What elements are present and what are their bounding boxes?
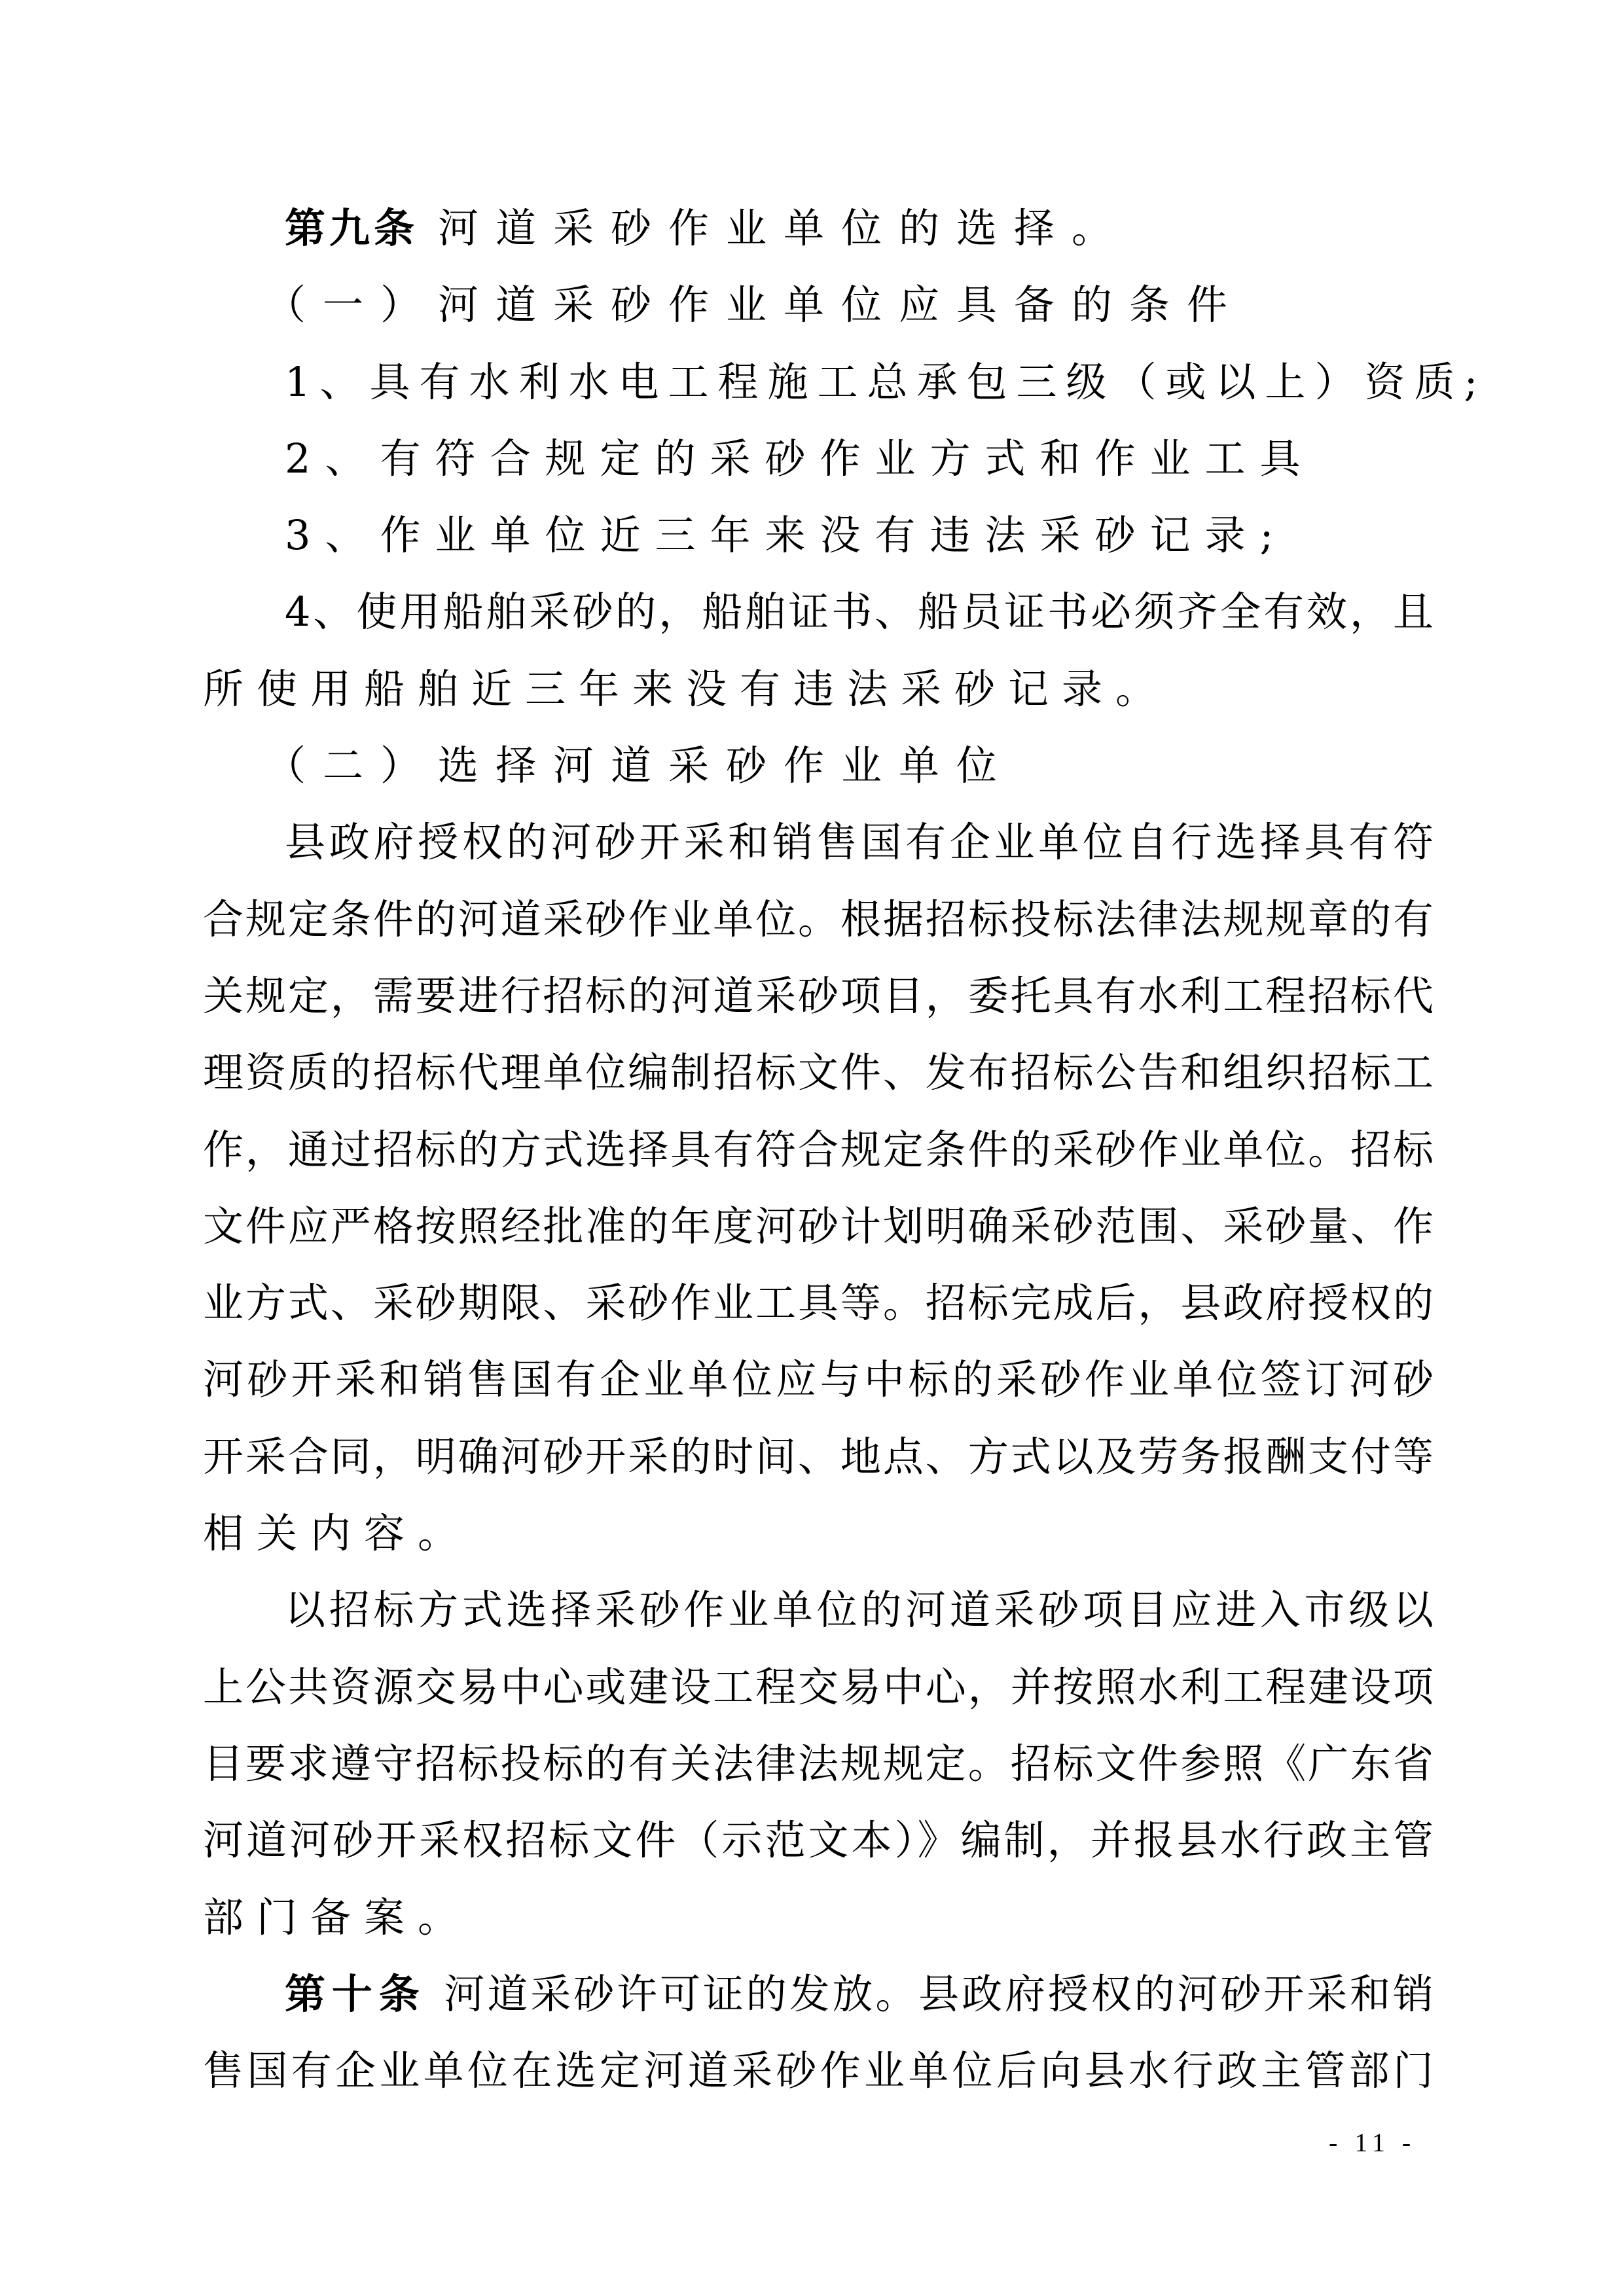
section-2-title: （二）选择河道采砂作业单位 bbox=[203, 727, 1434, 804]
paragraph-line: 理资质的招标代理单位编制招标文件、发布招标公告和组织招标工 bbox=[203, 1034, 1434, 1111]
condition-item-3: 3、作业单位近三年来没有违法采砂记录; bbox=[203, 497, 1434, 573]
page-number: - 11 - bbox=[1329, 2127, 1416, 2158]
section-1-title: （一）河道采砂作业单位应具备的条件 bbox=[203, 266, 1434, 343]
paragraph-line: 文件应严格按照经批准的年度河砂计划明确采砂范围、采砂量、作 bbox=[203, 1188, 1434, 1265]
paragraph-line: 县政府授权的河砂开采和销售国有企业单位自行选择具有符 bbox=[203, 804, 1434, 880]
article-10-heading: 第十条河道采砂许可证的发放。县政府授权的河砂开采和销 bbox=[203, 1956, 1434, 2032]
article-9-title: 河道采砂作业单位的选择。 bbox=[438, 204, 1129, 252]
condition-item-4: 4、使用船舶采砂的，船舶证书、船员证书必须齐全有效，且 bbox=[203, 573, 1434, 650]
paragraph-line: 合规定条件的河道采砂作业单位。根据招标投标法律法规规章的有 bbox=[203, 881, 1434, 958]
document-page: 第九条河道采砂作业单位的选择。 （一）河道采砂作业单位应具备的条件 1、具有水利… bbox=[203, 190, 1434, 2109]
article-10-text: 河道采砂许可证的发放。县政府授权的河砂开采和销 bbox=[442, 1970, 1434, 2018]
section-2-paragraph-1: 县政府授权的河砂开采和销售国有企业单位自行选择具有符 合规定条件的河道采砂作业单… bbox=[203, 804, 1434, 1571]
article-9-heading: 第九条河道采砂作业单位的选择。 bbox=[203, 190, 1434, 266]
paragraph-line: 开采合同，明确河砂开采的时间、地点、方式以及劳务报酬支付等 bbox=[203, 1418, 1434, 1495]
paragraph-line: 相关内容。 bbox=[203, 1495, 1434, 1571]
paragraph-line: 河道河砂开采权招标文件（示范文本）》编制，并报县水行政主管 bbox=[203, 1802, 1434, 1878]
paragraph-line: 河砂开采和销售国有企业单位应与中标的采砂作业单位签订河砂 bbox=[203, 1341, 1434, 1418]
paragraph-line: 作，通过招标的方式选择具有符合规定条件的采砂作业单位。招标 bbox=[203, 1111, 1434, 1188]
article-10-label: 第十条 bbox=[285, 1970, 426, 2018]
article-9-label: 第九条 bbox=[285, 204, 418, 252]
section-2-paragraph-2: 以招标方式选择采砂作业单位的河道采砂项目应进入市级以 上公共资源交易中心或建设工… bbox=[203, 1571, 1434, 1955]
article-10-line: 售国有企业单位在选定河道采砂作业单位后向县水行政主管部门 bbox=[203, 2032, 1434, 2109]
paragraph-line: 目要求遵守招标投标的有关法律法规规定。招标文件参照《广东省 bbox=[203, 1725, 1434, 1802]
condition-item-4-continuation: 所使用船舶近三年来没有违法采砂记录。 bbox=[203, 651, 1434, 727]
paragraph-line: 关规定，需要进行招标的河道采砂项目，委托具有水利工程招标代 bbox=[203, 958, 1434, 1034]
condition-item-1: 1、具有水利水电工程施工总承包三级（或以上）资质; bbox=[203, 344, 1434, 420]
paragraph-line: 业方式、采砂期限、采砂作业工具等。招标完成后，县政府授权的 bbox=[203, 1265, 1434, 1341]
condition-item-2: 2、有符合规定的采砂作业方式和作业工具 bbox=[203, 420, 1434, 497]
paragraph-line: 以招标方式选择采砂作业单位的河道采砂项目应进入市级以 bbox=[203, 1571, 1434, 1648]
paragraph-line: 上公共资源交易中心或建设工程交易中心，并按照水利工程建设项 bbox=[203, 1649, 1434, 1725]
paragraph-line: 部门备案。 bbox=[203, 1879, 1434, 1956]
